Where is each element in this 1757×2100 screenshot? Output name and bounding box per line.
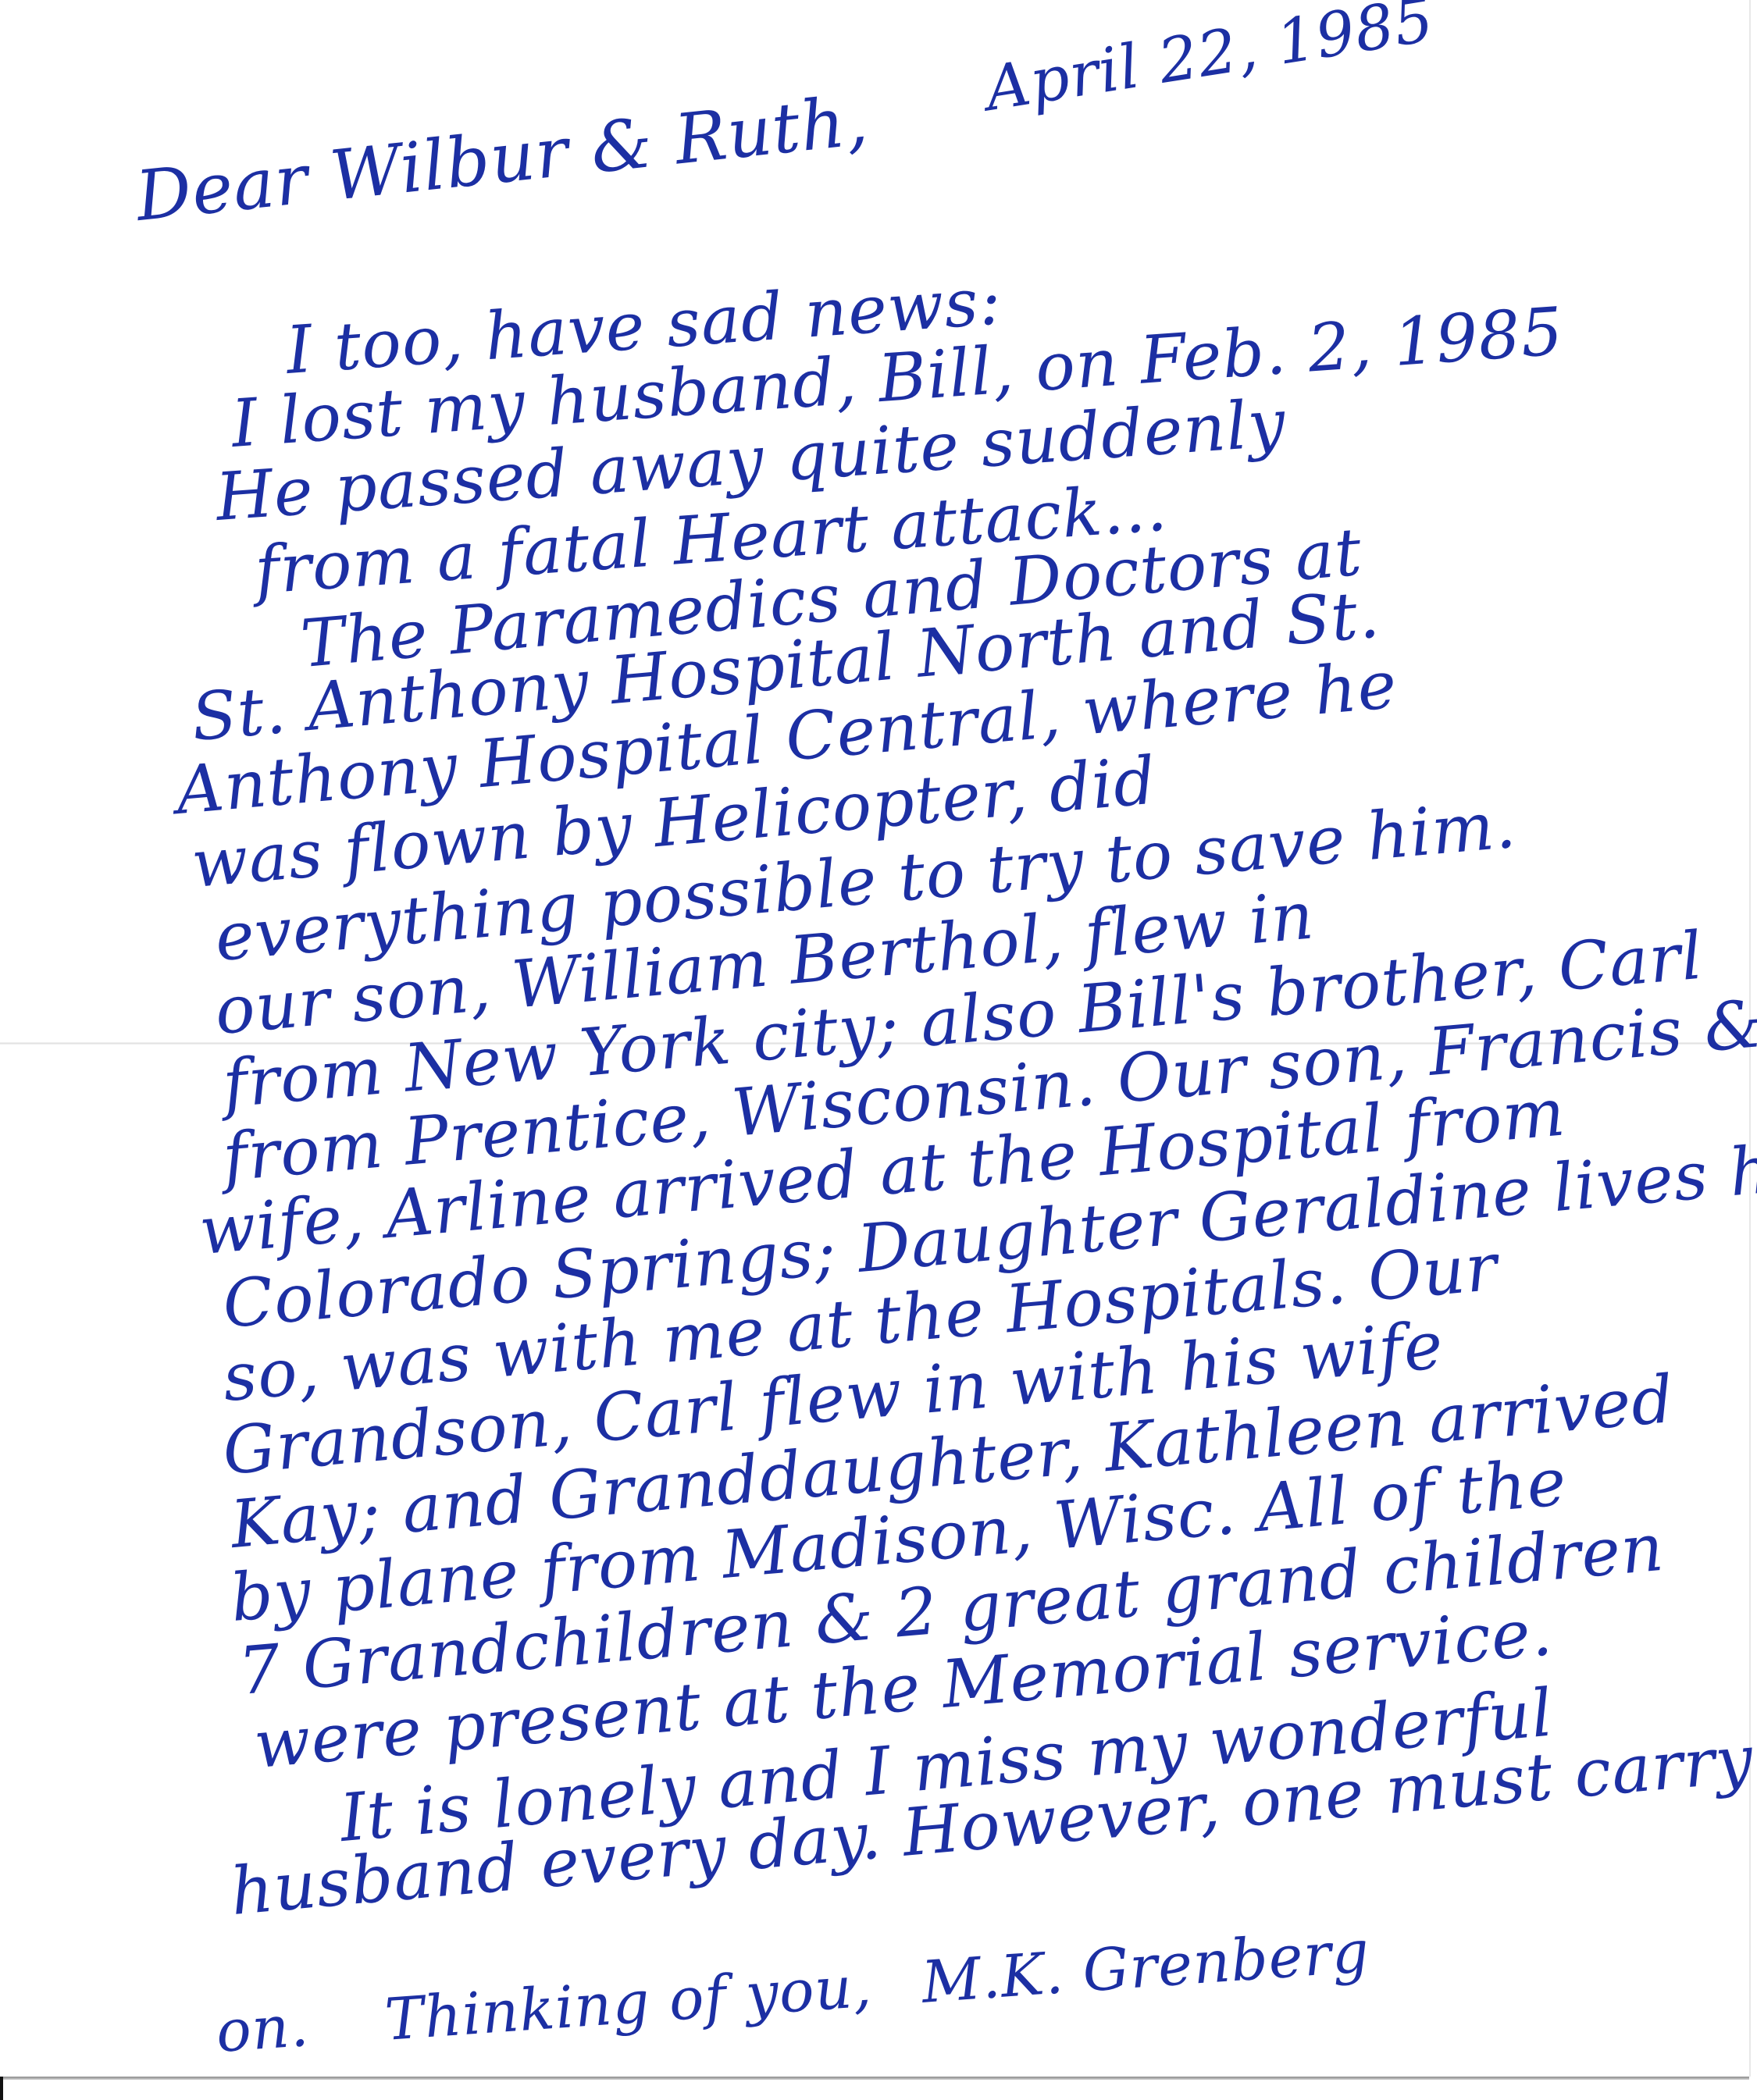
closing-continuation: on. <box>214 1992 311 2066</box>
letter-closing-line: on. Thinking of you, M.K. Grenberg <box>214 1918 1372 2066</box>
letter-page: April 22, 1985 Dear Wilbur & Ruth, I too… <box>0 0 1751 2077</box>
scan-edge-mark <box>0 2077 3 2100</box>
letter-date: April 22, 1985 <box>981 0 1439 125</box>
letter-salutation: Dear Wilbur & Ruth, <box>132 80 871 237</box>
page-bottom-edge <box>0 2077 1749 2080</box>
signature: M.K. Grenberg <box>920 1918 1372 2016</box>
closing-phrase: Thinking of you, <box>383 1953 874 2054</box>
